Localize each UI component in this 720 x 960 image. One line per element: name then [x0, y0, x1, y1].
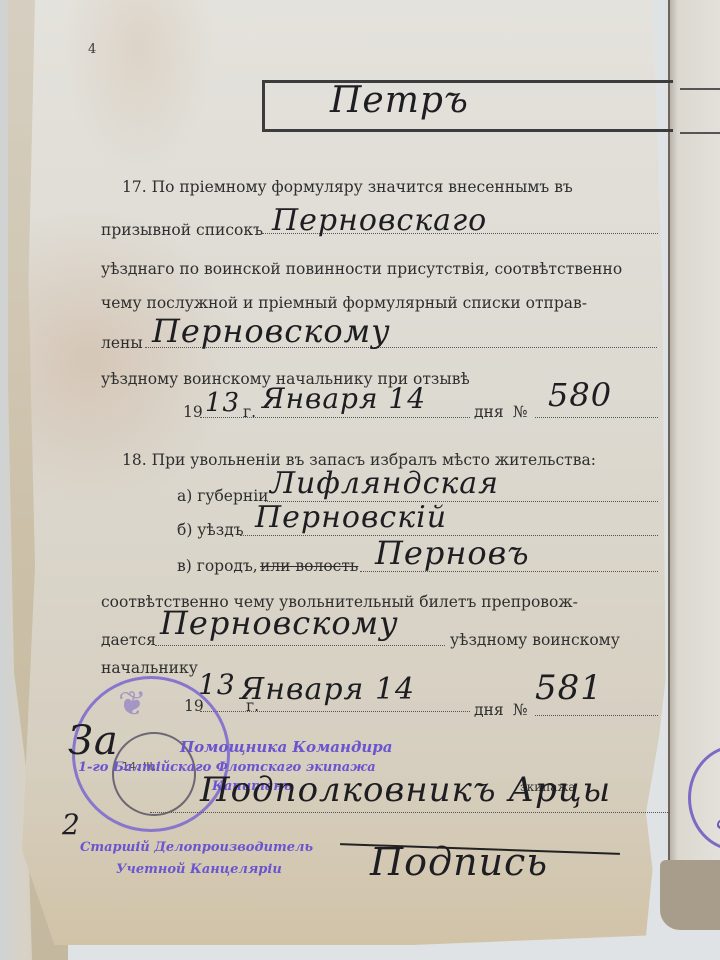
date-prefix: 19: [183, 403, 203, 421]
handwritten-district-3: Перновскій: [255, 500, 447, 535]
handwritten-signature-officer: Подполковникъ Арцы: [200, 770, 611, 810]
fill-line: [200, 417, 470, 418]
section-18-line-6-suffix: уѣздному воинскому: [450, 631, 620, 649]
section-17-conscription-label: призывной списокъ: [101, 221, 263, 239]
section-17-line-4: чему послужной и пріемный формулярный сп…: [101, 294, 587, 312]
handwritten-city: Перновъ: [375, 534, 530, 572]
handwritten-number: 580: [548, 376, 612, 414]
handwritten-name: Петръ: [330, 80, 469, 121]
struck-volost-label: или волость: [260, 557, 358, 575]
day-label: дня: [474, 403, 504, 421]
section-17-line-3: уѣзднаго по воинской повинности присутст…: [101, 260, 622, 278]
fill-line: [150, 812, 670, 813]
number-label: №: [513, 403, 528, 421]
district-label: б) уѣздъ: [177, 521, 244, 539]
adjacent-page-rule: [680, 88, 720, 90]
section-17-line-1: 17. По пріемному формуляру значится внес…: [122, 178, 573, 196]
handwritten-za: За: [68, 718, 119, 764]
page-number: 4: [88, 42, 96, 57]
handwritten-number-2: 581: [535, 668, 603, 708]
date-year-suffix: г.: [243, 403, 256, 421]
handwritten-2: 2: [62, 808, 81, 841]
adjacent-page-rule: [680, 132, 720, 134]
handwritten-district-1: Перновскаго: [272, 203, 487, 238]
fill-line: [535, 715, 658, 716]
handwritten-province: Лифляндская: [270, 466, 499, 501]
handwritten-date-2: Января 14: [240, 672, 415, 707]
forwarded-label: дается: [101, 631, 156, 649]
torn-cover-edge: [660, 860, 720, 930]
stamp-line-senior-clerk: Старшій Делопроизводитель: [80, 840, 313, 855]
day-label-2: дня: [474, 701, 504, 719]
fill-line: [155, 645, 445, 646]
stamp-line-assistant-commander: Помощника Командира: [180, 738, 393, 756]
fill-line: [535, 417, 658, 418]
eagle-emblem-icon: ❦: [118, 684, 147, 724]
city-label: в) городъ,: [177, 557, 258, 575]
handwritten-district-2: Перновскому: [152, 312, 391, 350]
handwritten-district-4: Перновскому: [160, 604, 399, 642]
number-label-2: №: [513, 701, 528, 719]
handwritten-year: 13: [205, 388, 240, 418]
stamp-line-accounting-office: Учетной Канцеляріи: [116, 862, 282, 877]
handwritten-signature-clerk: Подпись: [370, 840, 548, 884]
section-17-sent-label: лены: [101, 334, 143, 352]
fill-line: [200, 711, 470, 712]
section-18-line-7: начальнику: [101, 659, 198, 677]
handwritten-date: Января 14: [262, 382, 426, 415]
